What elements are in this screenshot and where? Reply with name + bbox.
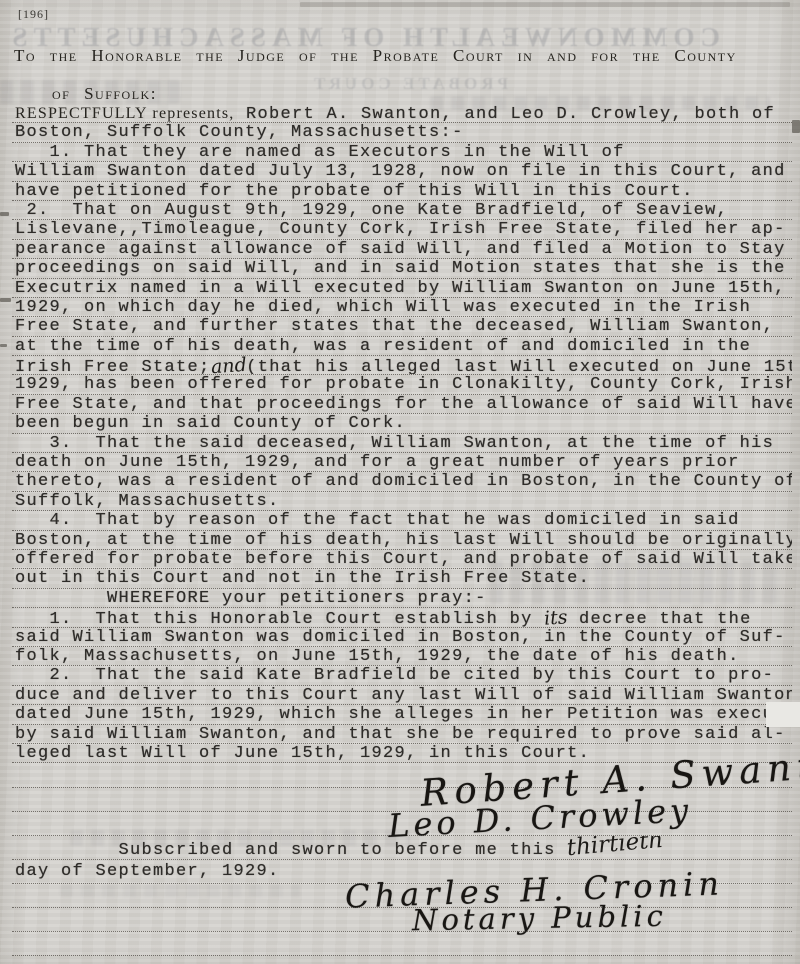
document-line: 1. That this Honorable Court establish b… [12, 608, 792, 627]
text-segment: offered for probate before this Court, a… [15, 550, 792, 569]
text-segment: William Swanton dated July 13, 1928, now… [15, 162, 786, 181]
document-line: RESPECTFULLY represents, Robert A. Swant… [12, 104, 792, 123]
document-line: folk, Massachusetts, on June 15th, 1929,… [12, 647, 792, 666]
text-segment: Executrix named in a Will executed by Wi… [15, 279, 786, 298]
document-line: Boston, at the time of his death, his la… [12, 531, 792, 550]
text-segment: Boston, at the time of his death, his la… [15, 531, 792, 550]
ink-smudge [0, 212, 9, 216]
page-number: [196] [18, 7, 49, 22]
document-line: Executrix named in a Will executed by Wi… [12, 279, 792, 298]
handwritten-segment: and [210, 356, 247, 375]
text-segment: Free State, and that proceedings for the… [15, 395, 792, 414]
document-line: 4. That by reason of the fact that he wa… [12, 511, 792, 530]
bleedthrough-text-2: PROBATE COURT [310, 74, 508, 94]
text-segment: by said William Swanton, and that she be… [15, 725, 786, 744]
document-line: Lislevane,,Timoleague, County Cork, Iris… [12, 220, 792, 239]
text-segment: out in this Court and not in the Irish F… [15, 569, 590, 588]
text-segment: folk, Massachusetts, on June 15th, 1929,… [15, 647, 740, 666]
document-line: pearance against allowance of said Will,… [12, 240, 792, 259]
text-segment: Suffolk, Massachusetts. [15, 492, 280, 511]
salutation-line-1: To the Honorable the Judge of the Probat… [14, 46, 737, 66]
ink-smudge [0, 298, 11, 302]
document-line: William Swanton dated July 13, 1928, now… [12, 162, 792, 181]
document-line: have petitioned for the probate of this … [12, 182, 792, 201]
document-line: 2. That on August 9th, 1929, one Kate Br… [12, 201, 792, 220]
document-line: Boston, Suffolk County, Massachusetts:- [12, 123, 792, 142]
text-segment: said William Swanton was domiciled in Bo… [15, 628, 786, 647]
document-line: WHEREFORE your petitioners pray:- [12, 589, 792, 608]
signature-notary-title: Notary Public [412, 899, 667, 937]
handwritten-segment: thirtieth [566, 836, 664, 860]
scanned-document-page: [196] COMMONWEALTH OF MASSACHUSETTS PROB… [0, 0, 800, 964]
text-segment: decree that the [568, 610, 752, 627]
text-segment: 1929, on which day he died, which Will w… [15, 298, 751, 317]
document-line: Suffolk, Massachusetts. [12, 492, 792, 511]
text-segment: duce and deliver to this Court any last … [15, 686, 792, 705]
text-segment: Boston, Suffolk County, Massachusetts:- [15, 123, 464, 142]
document-line: at the time of his death, was a resident… [12, 337, 792, 356]
text-segment: at the time of his death, was a resident… [15, 337, 751, 356]
ink-smudge [300, 2, 790, 7]
ink-smudge [792, 120, 800, 133]
text-segment: dated June 15th, 1929, which she alleges… [15, 705, 792, 724]
text-segment: 3. That the said deceased, William Swant… [15, 434, 774, 453]
text-segment: WHEREFORE your petitioners pray:- [15, 589, 487, 608]
document-line [12, 932, 792, 956]
text-segment: 1. That this Honorable Court establish b… [15, 610, 544, 627]
handwritten-segment: its [544, 608, 569, 627]
text-segment: 2. That the said Kate Bradfield be cited… [15, 666, 774, 685]
text-segment: thereto, was a resident of and domiciled… [15, 472, 792, 491]
document-line: 2. That the said Kate Bradfield be cited… [12, 666, 792, 685]
document-line: proceedings on said Will, and in said Mo… [12, 259, 792, 278]
document-line: offered for probate before this Court, a… [12, 550, 792, 569]
text-segment: proceedings on said Will, and in said Mo… [15, 259, 786, 278]
document-line: dated June 15th, 1929, which she alleges… [12, 705, 792, 724]
text-segment: Subscribed and sworn to before me this [15, 841, 567, 860]
text-segment: leged last Will of June 15th, 1929, in t… [15, 744, 590, 763]
document-line: Free State, and further states that the … [12, 317, 792, 336]
text-segment: (that his alleged last Will executed on … [246, 358, 792, 375]
text-segment: Lislevane,,Timoleague, County Cork, Iris… [15, 220, 786, 239]
document-line: out in this Court and not in the Irish F… [12, 569, 792, 588]
document-line: Irish Free State;and(that his alleged la… [12, 356, 792, 375]
document-line: said William Swanton was domiciled in Bo… [12, 628, 792, 647]
document-line: Free State, and that proceedings for the… [12, 395, 792, 414]
text-segment: 1. That they are named as Executors in t… [15, 143, 625, 162]
document-line: death on June 15th, 1929, and for a grea… [12, 453, 792, 472]
document-line: by said William Swanton, and that she be… [12, 725, 792, 744]
scan-white-patch [766, 702, 800, 727]
text-segment: RESPECTFULLY represents, [15, 105, 234, 122]
text-segment: 4. That by reason of the fact that he wa… [15, 511, 740, 530]
text-segment: Free State, and further states that the … [15, 317, 774, 336]
text-segment: 2. That on August 9th, 1929, one Kate Br… [15, 201, 728, 220]
salutation-line-2: of Suffolk: [52, 84, 157, 104]
text-segment: have petitioned for the probate of this … [15, 182, 694, 201]
text-segment: day of September, 1929. [15, 862, 280, 881]
document-line: 1929, has been offered for probate in Cl… [12, 375, 792, 394]
document-line: thereto, was a resident of and domiciled… [12, 472, 792, 491]
document-line: 1929, on which day he died, which Will w… [12, 298, 792, 317]
document-line: duce and deliver to this Court any last … [12, 686, 792, 705]
text-segment: pearance against allowance of said Will,… [15, 240, 786, 259]
text-segment: Robert A. Swanton, and Leo D. Crowley, b… [234, 105, 775, 123]
typed-body: RESPECTFULLY represents, Robert A. Swant… [12, 104, 792, 763]
text-segment: Irish Free State; [15, 358, 211, 375]
document-line: been begun in said County of Cork. [12, 414, 792, 433]
document-line: 3. That the said deceased, William Swant… [12, 434, 792, 453]
document-line: 1. That they are named as Executors in t… [12, 143, 792, 162]
text-segment: been begun in said County of Cork. [15, 414, 406, 433]
ink-smudge [0, 344, 7, 347]
text-segment: death on June 15th, 1929, and for a grea… [15, 453, 740, 472]
text-segment: 1929, has been offered for probate in Cl… [15, 375, 792, 394]
